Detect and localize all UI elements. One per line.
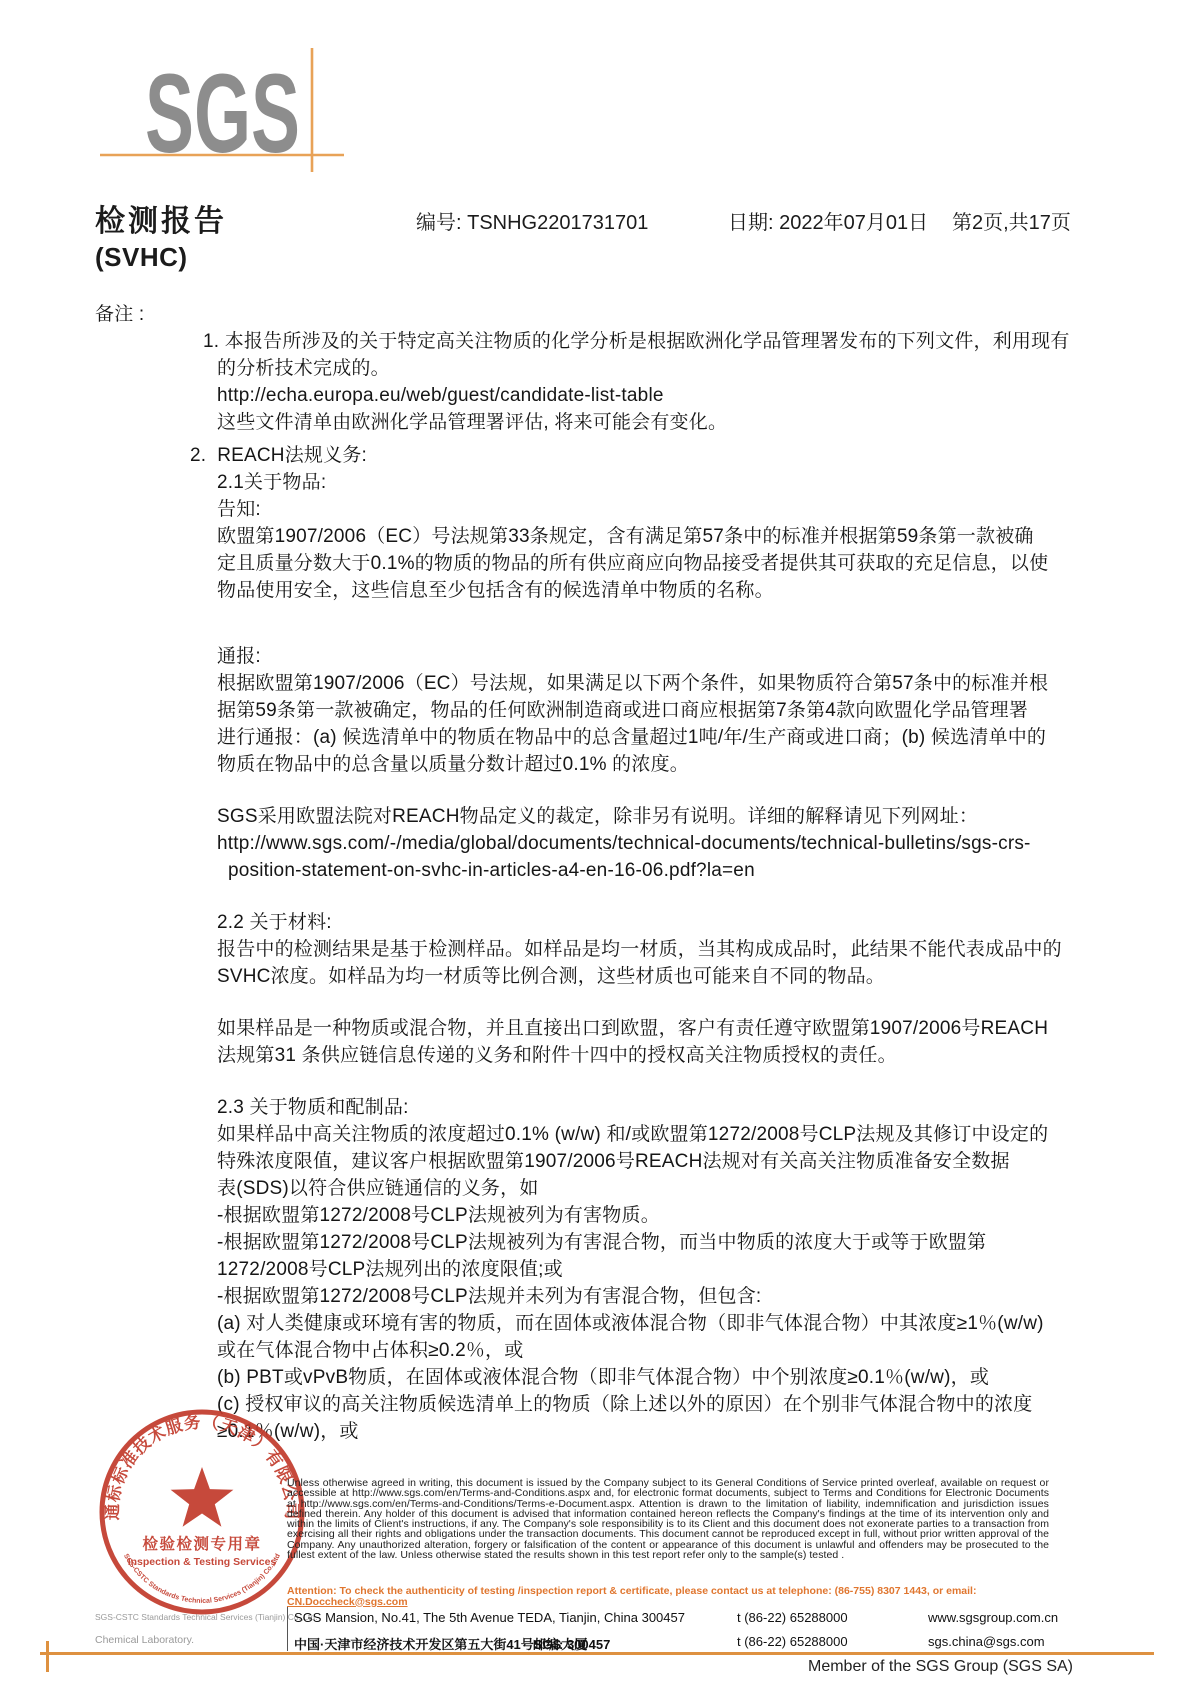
- inspection-stamp: 通标标准技术服务（天津）有限公司 检验检测专用章 Inspection & Te…: [92, 1400, 314, 1628]
- note-line: 物质在物品中的总含量以质量分数计超过0.1% 的浓度。: [217, 753, 689, 776]
- report-page: SGS 检测报告 (SVHC) 编号: TSNHG2201731701 日期: …: [0, 0, 1190, 1682]
- note-line: 物品使用安全，这些信息至少包括含有的候选清单中物质的名称。: [217, 579, 774, 602]
- phone-row2: t (86-22) 65288000: [737, 1634, 848, 1649]
- page-indicator: 第2页,共17页: [952, 206, 1071, 235]
- note-line: SVHC浓度。如样品为均一材质等比例合测，这些材质也可能来自不同的物品。: [217, 965, 885, 988]
- doccheck-email: CN.Doccheck@sgs.com: [287, 1596, 408, 1608]
- note-line: 2. REACH法规义务:: [190, 444, 367, 467]
- legal-disclaimer: Unless otherwise agreed in writing, this…: [287, 1478, 1049, 1560]
- note-line: http://echa.europa.eu/web/guest/candidat…: [217, 384, 664, 407]
- page-subtitle: (SVHC): [95, 242, 188, 273]
- note-line: 进行通报：(a) 候选清单中的物质在物品中的总含量超过1吨/年/生产商或进口商；…: [217, 726, 1046, 749]
- note-line: 2.3 关于物质和配制品:: [217, 1096, 409, 1119]
- note-line: -根据欧盟第1272/2008号CLP法规并未列为有害混合物，但包含:: [217, 1285, 761, 1308]
- note-line: 如果样品是一种物质或混合物，并且直接出口到欧盟，客户有责任遵守欧盟第1907/2…: [217, 1017, 1048, 1040]
- note-line: (a) 对人类健康或环境有害的物质，而在固体或液体混合物（即非气体混合物）中其浓…: [217, 1312, 1044, 1335]
- postcode: 邮编: 300457: [533, 1634, 610, 1653]
- note-line: 或在气体混合物中占体积≥0.2％，或: [217, 1339, 523, 1362]
- note-line: 2.2 关于材料:: [217, 911, 332, 934]
- sgs-logo-text: SGS: [145, 51, 300, 176]
- footer-rule-tick: [46, 1641, 49, 1672]
- note-line: 2.1关于物品:: [217, 471, 326, 494]
- website-url: www.sgsgroup.com.cn: [928, 1610, 1058, 1625]
- note-line: -根据欧盟第1272/2008号CLP法规被列为有害物质。: [217, 1204, 660, 1227]
- sgs-logo: SGS: [88, 38, 368, 183]
- footer-rule: [40, 1652, 1154, 1655]
- note-line: position-statement-on-svhc-in-articles-a…: [228, 859, 755, 882]
- phone-row1: t (86-22) 65288000: [737, 1610, 848, 1625]
- contact-email: sgs.china@sgs.com: [928, 1634, 1045, 1649]
- note-line: SGS采用欧盟法院对REACH物品定义的裁定，除非另有说明。详细的解释请见下列网…: [217, 805, 978, 828]
- note-line: http://www.sgs.com/-/media/global/docume…: [217, 832, 1031, 855]
- footer-divider: [287, 1607, 288, 1651]
- note-line: 欧盟第1907/2006（EC）号法规第33条规定，含有满足第57条中的标准并根…: [217, 525, 1034, 548]
- stamp-star-icon: [171, 1467, 234, 1527]
- note-line: 1. 本报告所涉及的关于特定高关注物质的化学分析是根据欧洲化学品管理署发布的下列…: [203, 330, 1070, 353]
- note-line: 1272/2008号CLP法规列出的浓度限值;或: [217, 1258, 563, 1281]
- address-en: SGS Mansion, No.41, The 5th Avenue TEDA,…: [294, 1610, 685, 1625]
- note-line: (b) PBT或vPvB物质，在固体或液体混合物（即非气体混合物）中个别浓度≥0…: [217, 1366, 989, 1389]
- note-line: 如果样品中高关注物质的浓度超过0.1% (w/w) 和/或欧盟第1272/200…: [217, 1123, 1048, 1146]
- note-line: 表(SDS)以符合供应链通信的义务，如: [217, 1177, 539, 1200]
- stamp-purpose-text: 检验检测专用章: [142, 1534, 261, 1553]
- notes-label: 备注 :: [95, 303, 144, 326]
- note-line: 根据欧盟第1907/2006（EC）号法规，如果满足以下两个条件，如果物质符合第…: [217, 672, 1048, 695]
- lab-company-name: SGS-CSTC Standards Technical Services (T…: [95, 1612, 318, 1622]
- note-line: 告知:: [217, 498, 261, 521]
- report-date: 日期: 2022年07月01日: [728, 206, 928, 235]
- lab-department: Chemical Laboratory.: [95, 1634, 194, 1646]
- note-line: (c) 授权审议的高关注物质候选清单上的物质（除上述以外的原因）在个别非气体混合…: [217, 1393, 1032, 1416]
- stamp-purpose-text-en: Inspection & Testing Services: [128, 1556, 277, 1568]
- note-line: 通报:: [217, 645, 261, 668]
- note-line: 定且质量分数大于0.1%的物质的物品的所有供应商应向物品接受者提供其可获取的充足…: [217, 552, 1048, 575]
- note-line: 法规第31 条供应链信息传递的义务和附件十四中的授权高关注物质授权的责任。: [217, 1044, 897, 1067]
- note-line: 的分析技术完成的。: [217, 357, 390, 380]
- note-line: 特殊浓度限值，建议客户根据欧盟第1907/2006号REACH法规对有关高关注物…: [217, 1150, 1010, 1173]
- note-line: -根据欧盟第1272/2008号CLP法规被列为有害混合物，而当中物质的浓度大于…: [217, 1231, 986, 1254]
- sgs-group-member-note: Member of the SGS Group (SGS SA): [808, 1658, 1073, 1676]
- report-number: 编号: TSNHG2201731701: [416, 206, 648, 235]
- note-line: 这些文件清单由欧洲化学品管理署评估, 将来可能会有变化。: [217, 411, 727, 434]
- authenticity-attention: Attention: To check the authenticity of …: [287, 1586, 1049, 1607]
- note-line: 报告中的检测结果是基于检测样品。如样品是均一材质，当其构成成品时，此结果不能代表…: [217, 938, 1062, 961]
- note-line: 据第59条第一款被确定，物品的任何欧洲制造商或进口商应根据第7条第4款向欧盟化学…: [217, 699, 1028, 722]
- page-title: 检测报告: [95, 196, 227, 240]
